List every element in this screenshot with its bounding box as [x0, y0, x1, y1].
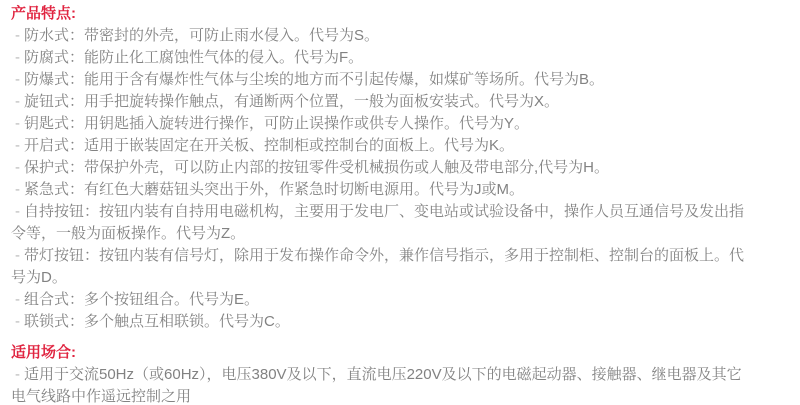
section-heading-product-features: 产品特点:: [11, 3, 800, 25]
feature-line-combined: -组合式：多个按钮组合。代号为E。: [11, 289, 800, 311]
feature-line-explosionproof: -防爆式：能用于含有爆炸性气体与尘埃的地方而不引起传爆，如煤矿等场所。代号为B。: [11, 69, 800, 91]
feature-text: 旋钮式：用手把旋转操作触点，有通断两个位置，一般为面板安装式。代号为X。: [24, 93, 559, 110]
bullet-dash: -: [11, 25, 24, 47]
feature-text: 令等，一般为面板操作。代号为Z。: [11, 225, 245, 242]
feature-line-anticorrosion: -防腐式：能防止化工腐蚀性气体的侵入。代号为F。: [11, 47, 800, 69]
feature-line-open: -开启式：适用于嵌装固定在开关板、控制柜或控制台的面板上。代号为K。: [11, 135, 800, 157]
bullet-dash: -: [11, 91, 24, 113]
feature-line-protective: -保护式：带保护外壳，可以防止内部的按钮零件受机械损伤或人触及带电部分,代号为H…: [11, 157, 800, 179]
bullet-dash: -: [11, 364, 24, 386]
bullet-dash: -: [11, 157, 24, 179]
feature-line-emergency: -紧急式：有红色大蘑菇钮头突出于外，作紧急时切断电源用。代号为J或M。: [11, 179, 800, 201]
section-heading-applicable-occasions: 适用场合:: [11, 342, 800, 364]
bullet-dash: -: [11, 179, 24, 201]
feature-text: 开启式：适用于嵌装固定在开关板、控制柜或控制台的面板上。代号为K。: [24, 137, 514, 154]
feature-text: 组合式：多个按钮组合。代号为E。: [24, 291, 259, 308]
product-description-page: 产品特点: -防水式：带密封的外壳，可防止雨水侵入。代号为S。 -防腐式：能防止…: [0, 0, 800, 405]
feature-text: 紧急式：有红色大蘑菇钮头突出于外，作紧急时切断电源用。代号为J或M。: [24, 181, 524, 198]
bullet-dash: -: [11, 289, 24, 311]
feature-line-illuminated-1: -带灯按钮：按钮内装有信号灯，除用于发布操作命令外，兼作信号指示，多用于控制柜、…: [11, 245, 800, 267]
feature-text: 钥匙式：用钥匙插入旋转进行操作，可防止误操作或供专人操作。代号为Y。: [24, 115, 529, 132]
feature-text: 保护式：带保护外壳，可以防止内部的按钮零件受机械损伤或人触及带电部分,代号为H。: [24, 159, 609, 176]
feature-line-selfhold-1: -自持按钮：按钮内装有自持用电磁机构，主要用于发电厂、变电站或试验设备中，操作人…: [11, 201, 800, 223]
occasion-line-1: -适用于交流50Hz（或60Hz），电压380V及以下，直流电压220V及以下的…: [11, 364, 800, 386]
feature-text: 自持按钮：按钮内装有自持用电磁机构，主要用于发电厂、变电站或试验设备中，操作人员…: [24, 203, 744, 220]
feature-line-waterproof: -防水式：带密封的外壳，可防止雨水侵入。代号为S。: [11, 25, 800, 47]
feature-text: 防水式：带密封的外壳，可防止雨水侵入。代号为S。: [24, 27, 379, 44]
feature-text: 防腐式：能防止化工腐蚀性气体的侵入。代号为F。: [24, 49, 363, 66]
occasion-text: 电气线路中作遥远控制之用: [11, 388, 191, 405]
bullet-dash: -: [11, 69, 24, 91]
occasion-line-2: 电气线路中作遥远控制之用: [11, 386, 800, 405]
bullet-dash: -: [11, 113, 24, 135]
bullet-dash: -: [11, 201, 24, 223]
feature-line-knob: -旋钮式：用手把旋转操作触点，有通断两个位置，一般为面板安装式。代号为X。: [11, 91, 800, 113]
occasion-text: 适用于交流50Hz（或60Hz），电压380V及以下，直流电压220V及以下的电…: [24, 366, 742, 383]
feature-text: 防爆式：能用于含有爆炸性气体与尘埃的地方而不引起传爆，如煤矿等场所。代号为B。: [24, 71, 604, 88]
feature-line-selfhold-2: 令等，一般为面板操作。代号为Z。: [11, 223, 800, 245]
bullet-dash: -: [11, 245, 24, 267]
bullet-dash: -: [11, 135, 24, 157]
feature-line-illuminated-2: 号为D。: [11, 267, 800, 289]
feature-line-interlocked: -联锁式：多个触点互相联锁。代号为C。: [11, 311, 800, 333]
bullet-dash: -: [11, 311, 24, 333]
feature-line-key: -钥匙式：用钥匙插入旋转进行操作，可防止误操作或供专人操作。代号为Y。: [11, 113, 800, 135]
feature-text: 带灯按钮：按钮内装有信号灯，除用于发布操作命令外，兼作信号指示，多用于控制柜、控…: [24, 247, 744, 264]
bullet-dash: -: [11, 47, 24, 69]
feature-text: 号为D。: [11, 269, 67, 286]
feature-text: 联锁式：多个触点互相联锁。代号为C。: [24, 313, 290, 330]
